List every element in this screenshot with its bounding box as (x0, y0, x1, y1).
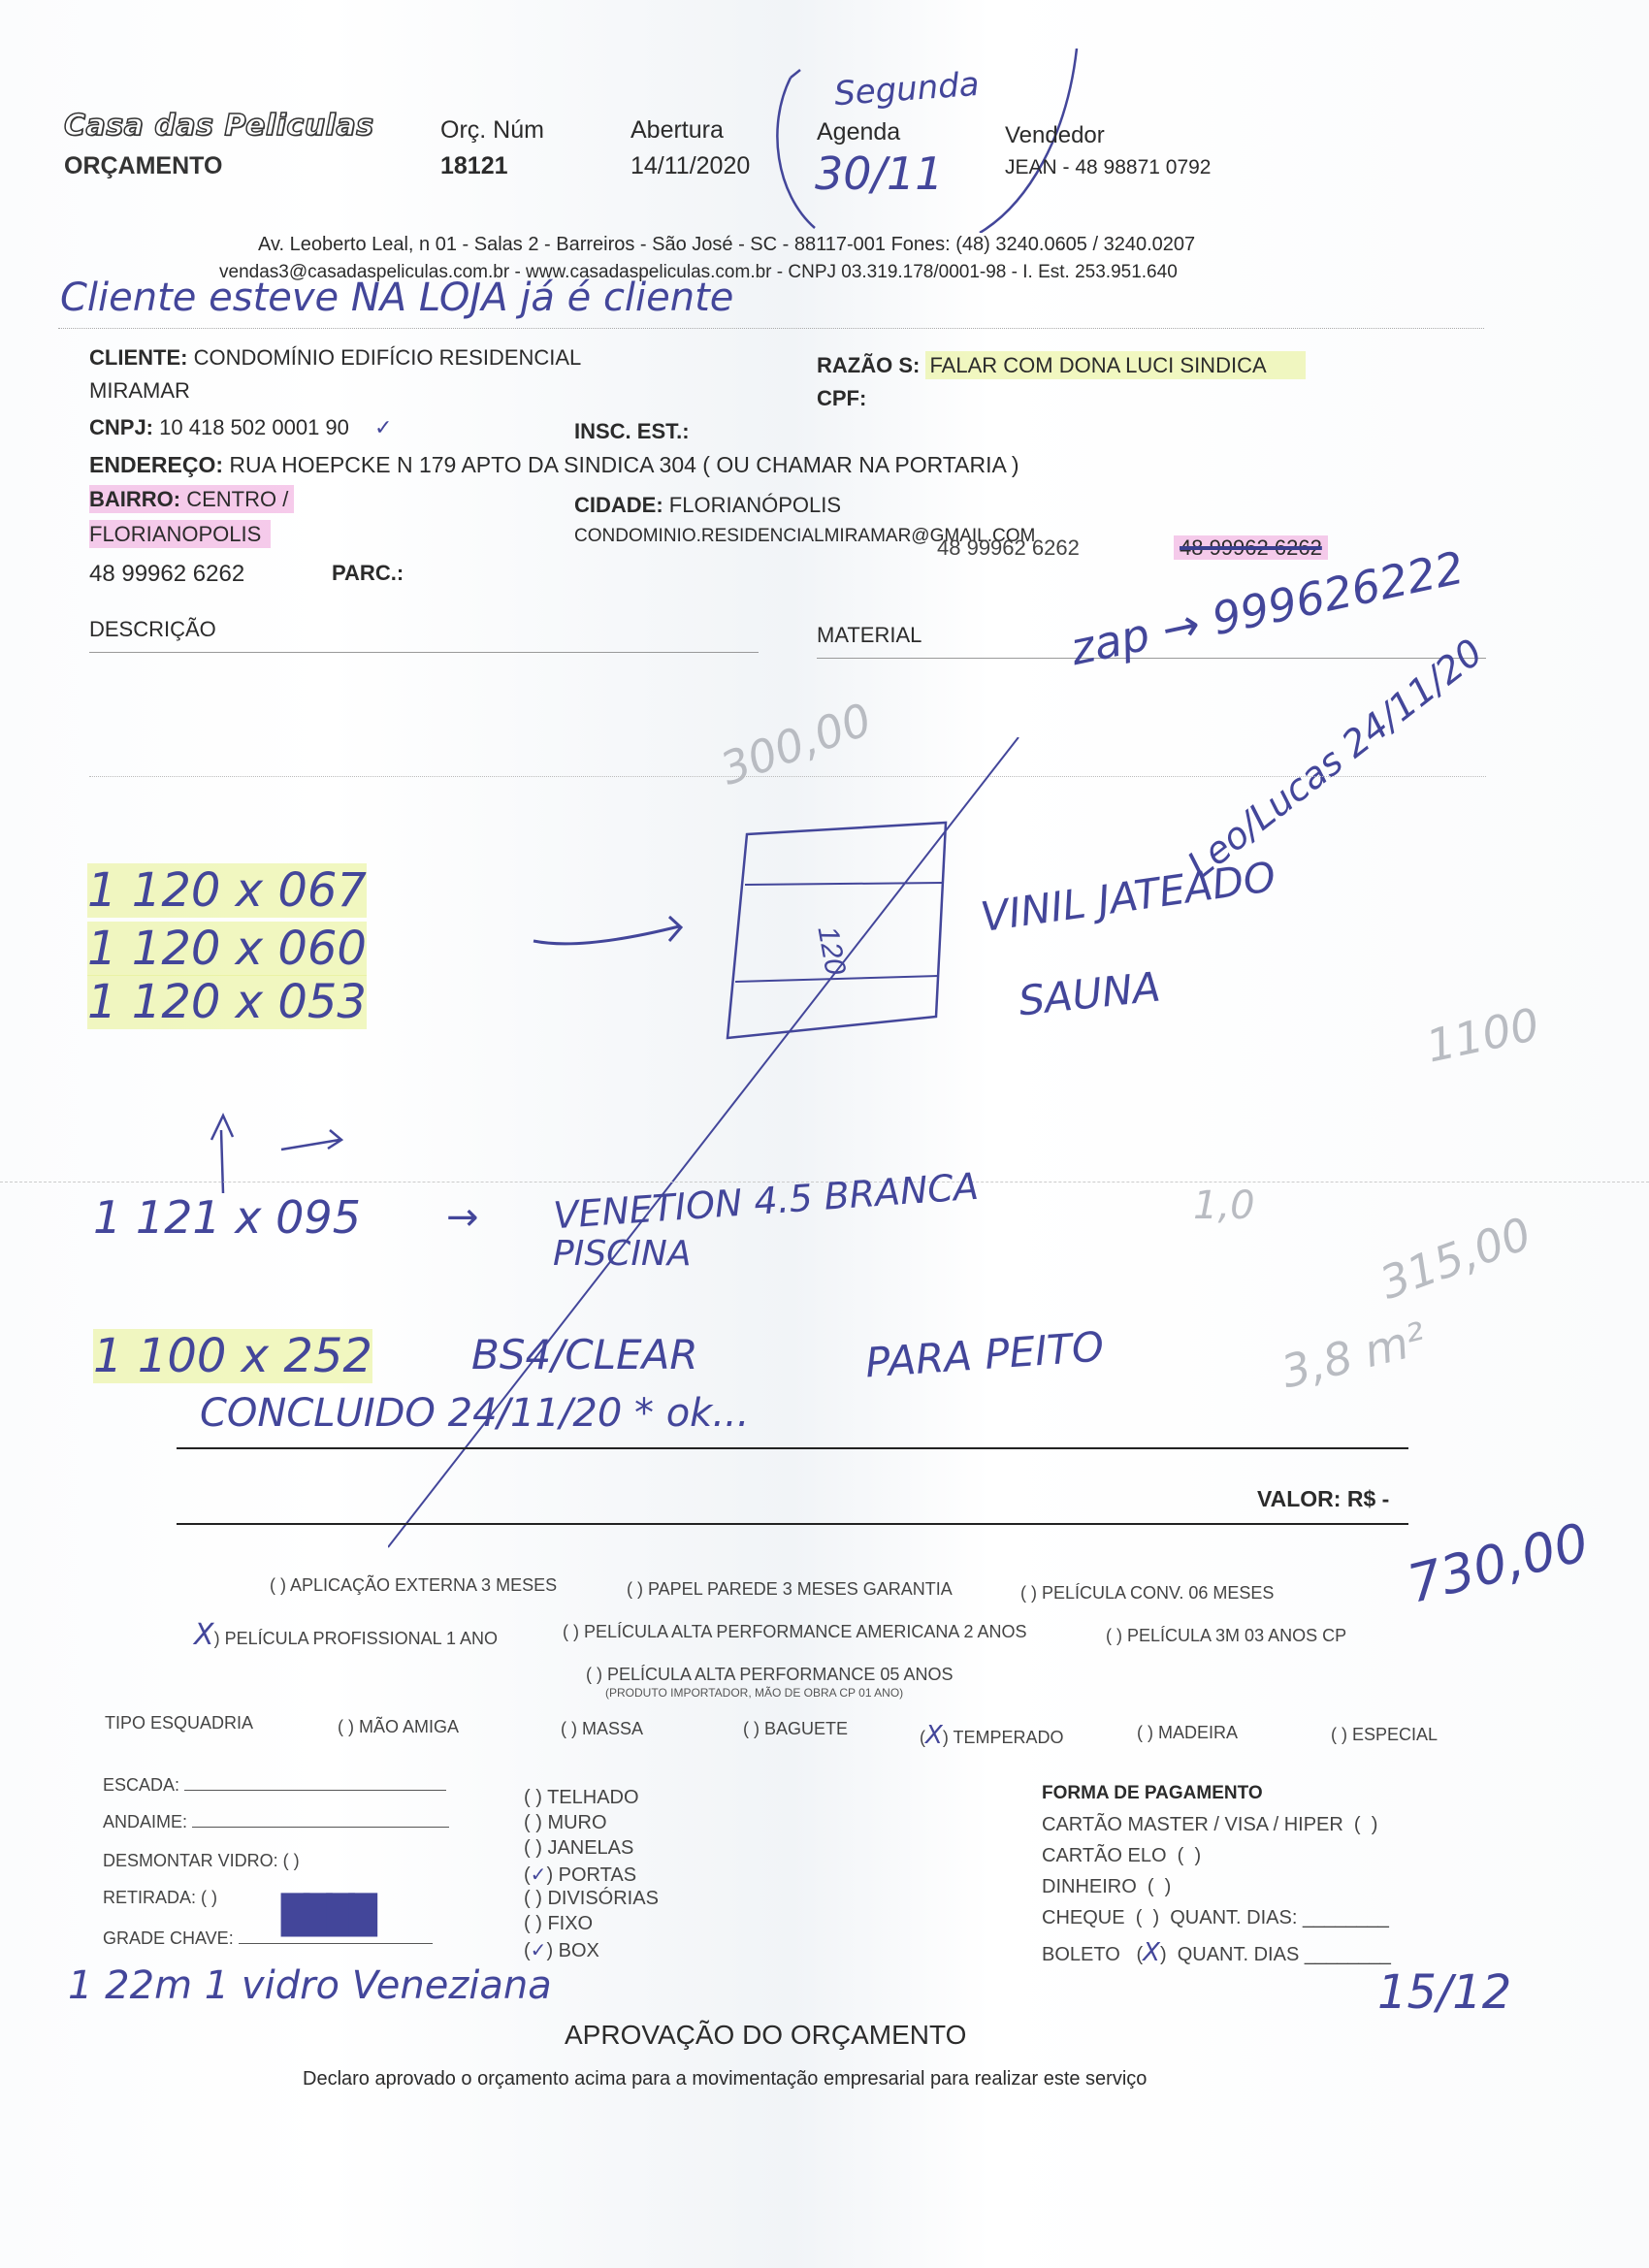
pagamento-boleto[interactable]: BOLETO (X) QUANT. DIAS ________ (1042, 1938, 1391, 1967)
insc-est-label: INSC. EST.: (574, 419, 690, 444)
check-mark-icon: ✓ (374, 416, 392, 440)
abertura-label: Abertura (630, 116, 724, 145)
item-line-4: 1 121 x 095 (93, 1191, 361, 1244)
local-muro[interactable]: ( ) MURO (524, 1812, 607, 1834)
cidade-label: CIDADE: (574, 493, 663, 517)
item-line-3: 1 120 x 053 (87, 975, 367, 1029)
cliente-value: CONDOMÍNIO EDIFÍCIO RESIDENCIAL (194, 345, 582, 370)
divider (58, 328, 1484, 329)
valor-rule (177, 1523, 1408, 1525)
concluido-note: CONCLUIDO 24/11/20 * ok... (200, 1391, 749, 1436)
option-pelicula-3m[interactable]: ( ) PELÍCULA 3M 03 ANOS CP (1106, 1626, 1346, 1646)
item-line-1: 1 120 x 067 (87, 863, 367, 918)
pagamento-cheque[interactable]: CHEQUE ( ) QUANT. DIAS: ________ (1042, 1907, 1389, 1929)
option-alta-performance-americana[interactable]: ( ) PELÍCULA ALTA PERFORMANCE AMERICANA … (563, 1622, 1026, 1642)
vendedor-label: Vendedor (1005, 122, 1105, 149)
pagamento-title: FORMA DE PAGAMENTO (1042, 1783, 1263, 1804)
esquadria-mao-amiga[interactable]: ( ) MÃO AMIGA (338, 1717, 459, 1737)
cliente-value-line2: MIRAMAR (89, 378, 190, 404)
faint-1100: 1100 (1422, 997, 1544, 1072)
phone-struck-field: 48 99962 6262 (1174, 535, 1328, 561)
parc-label: PARC.: (332, 561, 404, 586)
andaime-field[interactable]: ANDAIME: (103, 1812, 449, 1832)
pagamento-handwritten-date: 15/12 (1377, 1965, 1511, 2020)
endereco-field: ENDEREÇO: RUA HOEPCKE N 179 APTO DA SIND… (89, 452, 1019, 478)
cidade-field: CIDADE: FLORIANÓPOLIS (574, 493, 841, 518)
company-logo: Casa das Peliculas (64, 109, 373, 143)
razao-label: RAZÃO S: (817, 353, 920, 377)
local-telhado[interactable]: ( ) TELHADO (524, 1787, 639, 1809)
arrow-icons (194, 1106, 407, 1193)
retirada-field[interactable]: RETIRADA: ( ) (103, 1888, 217, 1908)
company-address: Av. Leoberto Leal, n 01 - Salas 2 - Barr… (258, 234, 1195, 256)
cnpj-label: CNPJ: (89, 415, 153, 439)
local-portas[interactable]: (✓) PORTAS (524, 1863, 636, 1887)
phone-struck: 48 99962 6262 (1174, 535, 1328, 560)
endereco-value: RUA HOEPCKE N 179 APTO DA SINDICA 304 ( … (229, 452, 1018, 477)
option-papel-parede[interactable]: ( ) PAPEL PAREDE 3 MESES GARANTIA (627, 1579, 953, 1600)
items-end-rule (177, 1447, 1408, 1449)
pagamento-dinheiro[interactable]: DINHEIRO ( ) (1042, 1876, 1171, 1898)
handwritten-note-top: Cliente esteve NA LOJA já é cliente (60, 275, 733, 320)
option-aplicacao-externa[interactable]: ( ) APLICAÇÃO EXTERNA 3 MESES (270, 1575, 557, 1596)
item-line-5: 1 100 x 252 (93, 1329, 372, 1383)
item-line-2: 1 120 x 060 (87, 922, 367, 976)
esquadria-baguete[interactable]: ( ) BAGUETE (743, 1719, 848, 1739)
vendedor-value: JEAN - 48 98871 0792 (1005, 156, 1211, 179)
faint-31500: 315,00 (1374, 1207, 1538, 1310)
material-header: MATERIAL (817, 623, 921, 648)
grade-chave-field[interactable]: GRADE CHAVE: (103, 1928, 433, 1949)
cnpj-field: CNPJ: 10 418 502 0001 90 ✓ (89, 415, 392, 440)
phone-overlay: 48 99962 6262 (937, 535, 1080, 561)
orc-num: 18121 (440, 152, 508, 180)
cidade-value: FLORIANÓPOLIS (669, 493, 841, 517)
faint-1: 1,0 (1193, 1183, 1255, 1228)
valor-handwritten: 730,00 (1402, 1511, 1595, 1615)
cnpj-value: 10 418 502 0001 90 (159, 415, 349, 439)
cliente-label: CLIENTE: (89, 345, 187, 370)
esquadria-temperado[interactable]: (X) TEMPERADO (920, 1721, 1064, 1750)
aprovacao-title: APROVAÇÃO DO ORÇAMENTO (565, 2020, 966, 2051)
cpf-label: CPF: (817, 386, 866, 411)
local-fixo[interactable]: ( ) FIXO (524, 1913, 593, 1935)
bairro-value: CENTRO / (186, 487, 288, 511)
document-type: ORÇAMENTO (64, 152, 222, 180)
orc-num-label: Orç. Núm (440, 116, 544, 145)
local-box[interactable]: (✓) BOX (524, 1938, 599, 1962)
material-3: BS4/CLEAR (471, 1331, 698, 1378)
extras-handwritten-note: 1 22m 1 vidro Veneziana (68, 1963, 552, 2008)
razao-value: FALAR COM DONA LUCI SINDICA (925, 351, 1305, 379)
bairro-field: BAIRRO: CENTRO / (89, 487, 294, 512)
option-pelicula-conv[interactable]: ( ) PELÍCULA CONV. 06 MESES (1020, 1583, 1274, 1604)
esquadria-massa[interactable]: ( ) MASSA (561, 1719, 643, 1739)
material-1b: SAUNA (1017, 962, 1163, 1024)
arrow-right-icon: → (446, 1195, 479, 1240)
local-divisorias[interactable]: ( ) DIVISÓRIAS (524, 1888, 659, 1910)
bairro-value-line2: FLORIANOPOLIS (89, 522, 271, 547)
zap-note: zap → 999626222 (1066, 541, 1469, 676)
signoff-note: Leo/Lucas 24/11/20 (1180, 631, 1491, 887)
escada-field[interactable]: ESCADA: (103, 1775, 446, 1796)
pagamento-cartao-elo[interactable]: CARTÃO ELO ( ) (1042, 1845, 1201, 1867)
option-alta-performance-05-note: (PRODUTO IMPORTADOR, MÃO DE OBRA CP 01 A… (605, 1686, 903, 1700)
faint-38: 3,8 m² (1277, 1312, 1432, 1399)
aprovacao-text: Declaro aprovado o orçamento acima para … (303, 2068, 1147, 2090)
descricao-rule (89, 652, 759, 653)
local-janelas[interactable]: ( ) JANELAS (524, 1837, 633, 1860)
esquadria-madeira[interactable]: ( ) MADEIRA (1137, 1723, 1238, 1743)
endereco-label: ENDEREÇO: (89, 452, 223, 477)
descricao-header: DESCRIÇÃO (89, 617, 216, 642)
phone-value: 48 99962 6262 (89, 561, 244, 588)
razao-field: RAZÃO S: FALAR COM DONA LUCI SINDICA (817, 353, 1306, 378)
cliente-field: CLIENTE: CONDOMÍNIO EDIFÍCIO RESIDENCIAL (89, 345, 581, 371)
option-alta-performance-05[interactable]: ( ) PELÍCULA ALTA PERFORMANCE 05 ANOS (586, 1665, 953, 1685)
option-pelicula-profissional[interactable]: X) PELÍCULA PROFISSIONAL 1 ANO (194, 1618, 498, 1652)
bairro-label: BAIRRO: (89, 487, 180, 511)
quote-document: Casa das Peliculas ORÇAMENTO Orç. Núm 18… (0, 0, 1649, 2268)
pagamento-cartao-master[interactable]: CARTÃO MASTER / VISA / HIPER ( ) (1042, 1814, 1377, 1836)
desmontar-vidro-field[interactable]: DESMONTAR VIDRO: ( ) (103, 1851, 300, 1871)
abertura-date: 14/11/2020 (630, 152, 750, 180)
esquadria-label: TIPO ESQUADRIA (105, 1713, 253, 1733)
valor-label: VALOR: R$ - (1257, 1486, 1389, 1512)
esquadria-especial[interactable]: ( ) ESPECIAL (1331, 1725, 1438, 1745)
material-2b: PISCINA (553, 1234, 692, 1274)
